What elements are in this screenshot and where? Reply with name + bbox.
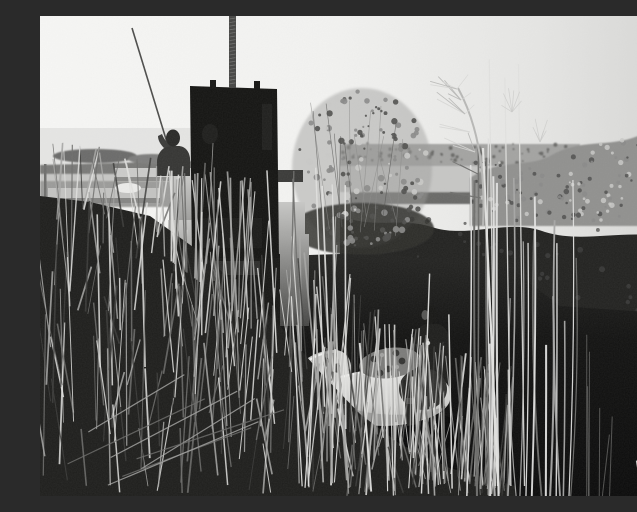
photograph xyxy=(40,16,637,496)
photo-canvas xyxy=(40,16,637,496)
film-grain xyxy=(40,16,637,496)
